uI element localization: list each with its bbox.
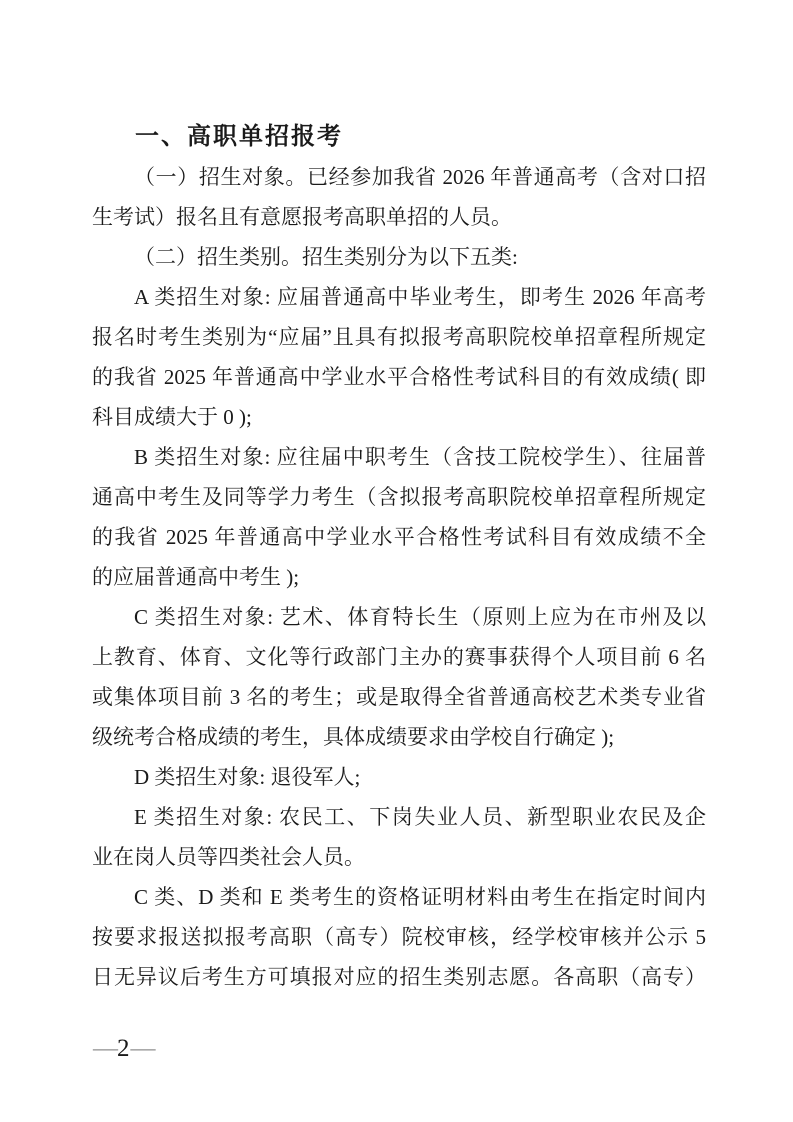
paragraph: （一）招生对象。已经参加我省 2026 年普通高考（含对口招生考试）报名且有意愿… xyxy=(92,157,706,237)
paragraph: E 类招生对象: 农民工、下岗失业人员、新型职业农民及企业在岗人员等四类社会人员… xyxy=(92,797,706,877)
text-line: B 类招生对象: 应往届中职考生（含技工院校学生）、往届普 xyxy=(92,437,706,477)
text-line: C 类招生对象: 艺术、体育特长生（原则上应为在市州及以 xyxy=(92,597,706,637)
page-number-dash-right: — xyxy=(131,1035,154,1062)
text-line: A 类招生对象: 应届普通高中毕业考生，即考生 2026 年高考 xyxy=(92,277,706,317)
text-line: C 类、D 类和 E 类考生的资格证明材料由考生在指定时间内 xyxy=(92,877,706,917)
page-number-dash-left: — xyxy=(93,1035,116,1062)
text-line: 的应届普通高中考生 ); xyxy=(92,557,706,597)
paragraph: A 类招生对象: 应届普通高中毕业考生，即考生 2026 年高考报名时考生类别为… xyxy=(92,277,706,437)
text-line: 科目成绩大于 0 ); xyxy=(92,397,706,437)
paragraph: （二）招生类别。招生类别分为以下五类: xyxy=(92,237,706,277)
text-line: 的我省 2025 年普通高中学业水平合格性考试科目有效成绩不全 xyxy=(92,517,706,557)
paragraph: B 类招生对象: 应往届中职考生（含技工院校学生）、往届普通高中考生及同等学力考… xyxy=(92,437,706,597)
section-heading: 一、高职单招报考 xyxy=(92,117,706,157)
page-number: —2— xyxy=(93,1032,154,1066)
text-line: 级统考合格成绩的考生，具体成绩要求由学校自行确定 ); xyxy=(92,717,706,757)
text-line: 日无异议后考生方可填报对应的招生类别志愿。各高职（高专） xyxy=(92,957,706,997)
text-line: 业在岗人员等四类社会人员。 xyxy=(92,837,706,877)
text-line: 通高中考生及同等学力考生（含拟报考高职院校单招章程所规定 xyxy=(92,477,706,517)
paragraph: D 类招生对象: 退役军人; xyxy=(92,757,706,797)
document-page: 一、高职单招报考 （一）招生对象。已经参加我省 2026 年普通高考（含对口招生… xyxy=(0,0,793,1122)
text-line: 生考试）报名且有意愿报考高职单招的人员。 xyxy=(92,197,706,237)
text-line: 上教育、体育、文化等行政部门主办的赛事获得个人项目前 6 名 xyxy=(92,637,706,677)
text-line: D 类招生对象: 退役军人; xyxy=(92,757,706,797)
text-line: （二）招生类别。招生类别分为以下五类: xyxy=(92,237,706,277)
text-line: E 类招生对象: 农民工、下岗失业人员、新型职业农民及企 xyxy=(92,797,706,837)
paragraph: C 类、D 类和 E 类考生的资格证明材料由考生在指定时间内按要求报送拟报考高职… xyxy=(92,877,706,997)
text-line: 或集体项目前 3 名的考生；或是取得全省普通高校艺术类专业省 xyxy=(92,677,706,717)
document-body: 一、高职单招报考 （一）招生对象。已经参加我省 2026 年普通高考（含对口招生… xyxy=(92,117,706,997)
text-line: 的我省 2025 年普通高中学业水平合格性考试科目的有效成绩( 即 xyxy=(92,357,706,397)
text-line: 报名时考生类别为“应届”且具有拟报考高职院校单招章程所规定 xyxy=(92,317,706,357)
paragraph: C 类招生对象: 艺术、体育特长生（原则上应为在市州及以上教育、体育、文化等行政… xyxy=(92,597,706,757)
page-number-value: 2 xyxy=(116,1035,131,1062)
text-line: 按要求报送拟报考高职（高专）院校审核，经学校审核并公示 5 xyxy=(92,917,706,957)
text-line: （一）招生对象。已经参加我省 2026 年普通高考（含对口招 xyxy=(92,157,706,197)
